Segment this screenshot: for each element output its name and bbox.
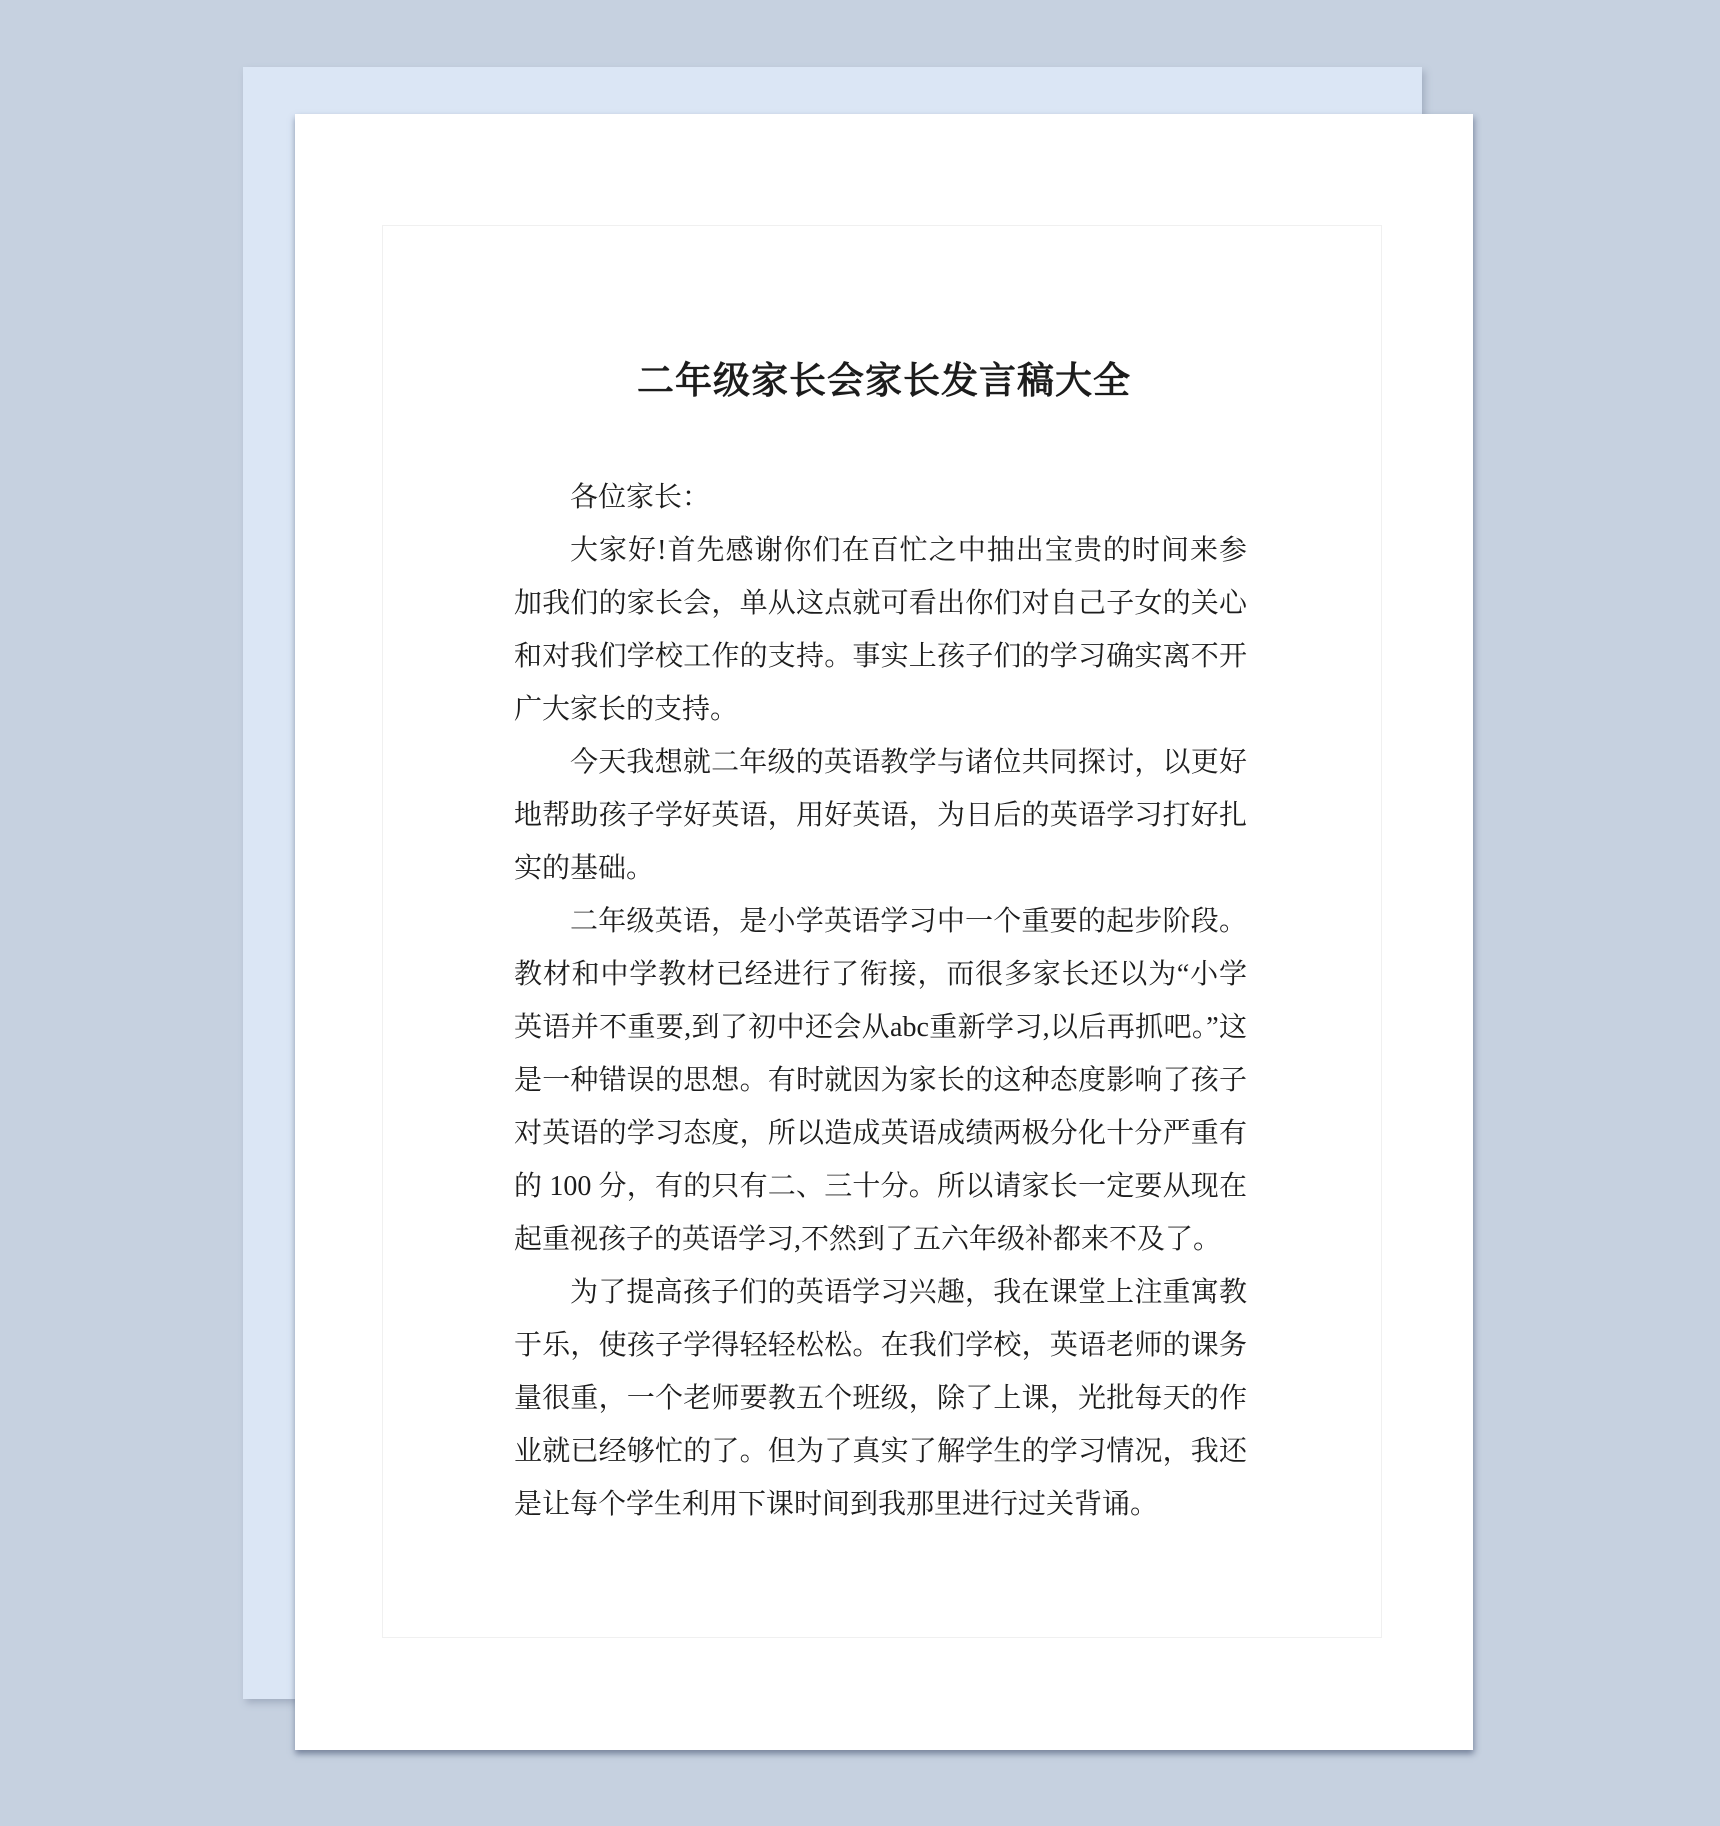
paragraph: 为了提高孩子们的英语学习兴趣，我在课堂上注重寓教于乐，使孩子学得轻轻松松。在我们… [514, 1266, 1247, 1531]
document-title: 二年级家长会家长发言稿大全 [295, 350, 1473, 404]
paragraph: 大家好!首先感谢你们在百忙之中抽出宝贵的时间来参加我们的家长会，单从这点就可看出… [514, 524, 1247, 736]
document-page: 二年级家长会家长发言稿大全 各位家长：大家好!首先感谢你们在百忙之中抽出宝贵的时… [295, 114, 1473, 1750]
desktop-background: { "document": { "title": "二年级家长会家长发言稿大全"… [0, 0, 1720, 1826]
document-body: 各位家长：大家好!首先感谢你们在百忙之中抽出宝贵的时间来参加我们的家长会，单从这… [514, 471, 1247, 1531]
paragraph: 今天我想就二年级的英语教学与诸位共同探讨，以更好地帮助孩子学好英语，用好英语，为… [514, 736, 1247, 895]
paragraph: 各位家长： [514, 471, 1247, 524]
paragraph: 二年级英语，是小学英语学习中一个重要的起步阶段。教材和中学教材已经进行了衔接，而… [514, 895, 1247, 1266]
